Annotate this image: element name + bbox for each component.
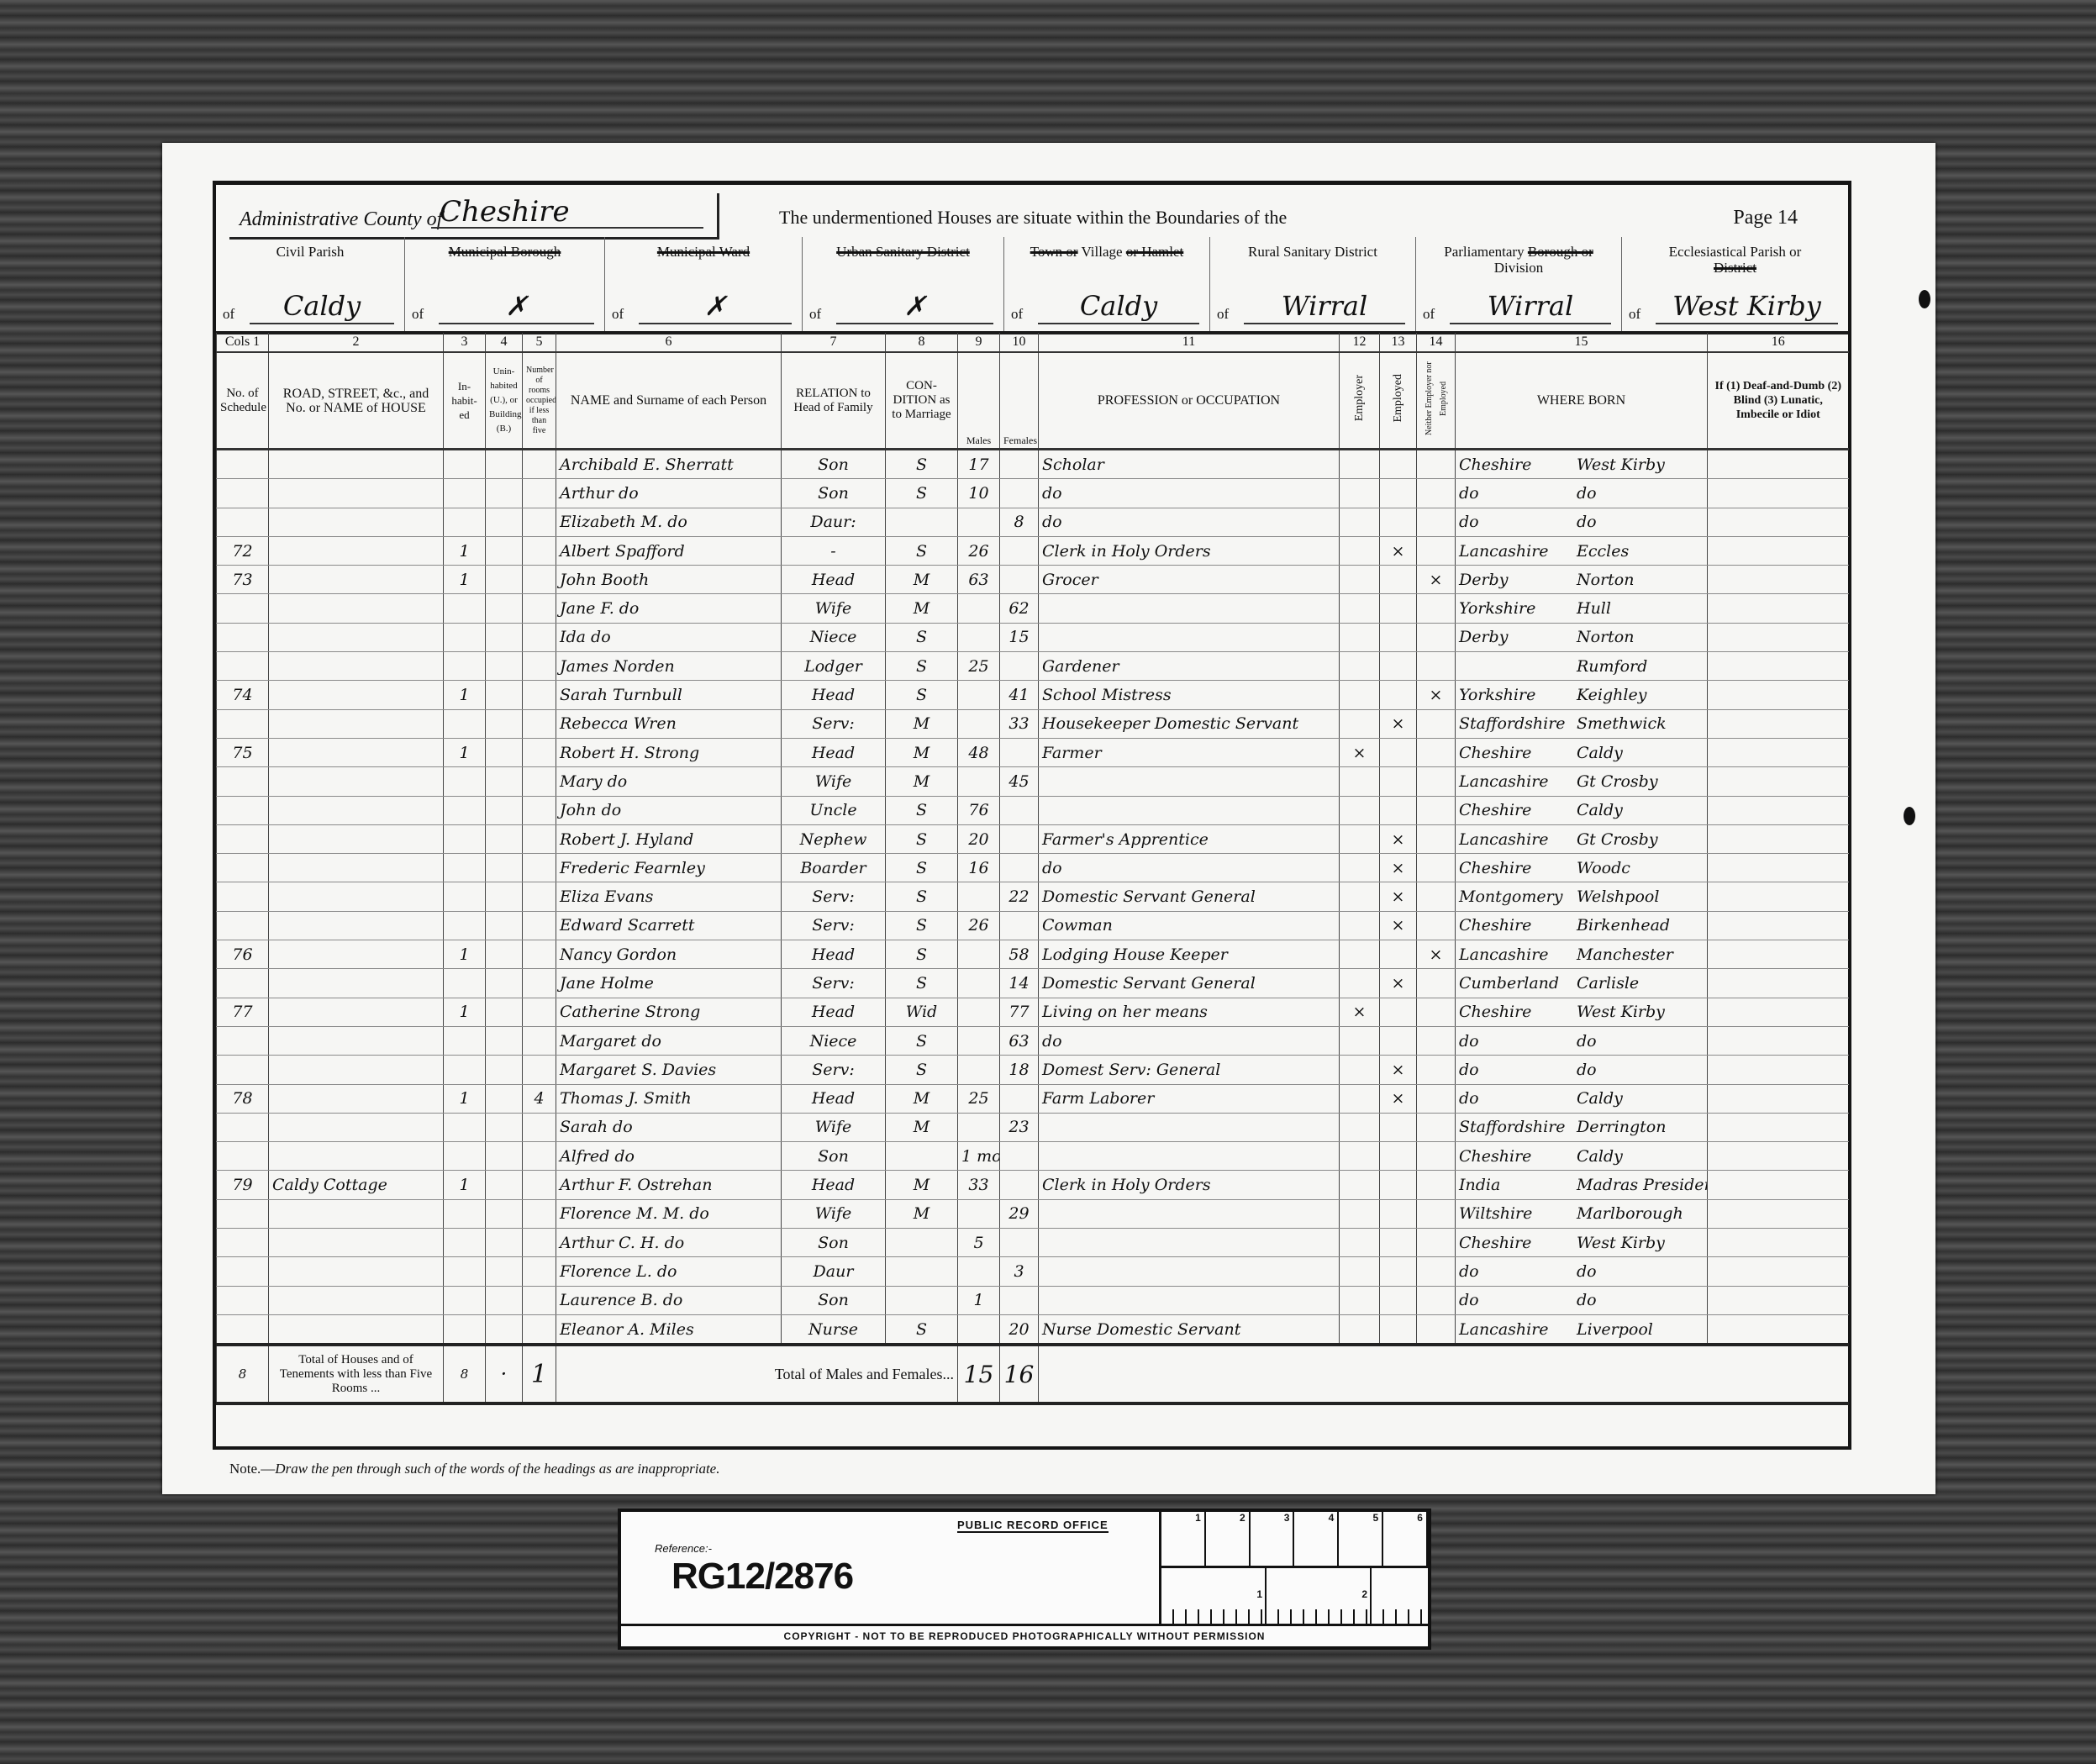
schedule-number (217, 911, 269, 940)
inhabited-count: 1 (444, 998, 486, 1026)
marital-condition: S (886, 536, 958, 565)
where-born: dodo (1456, 1257, 1708, 1286)
neither-mark (1417, 1314, 1456, 1345)
where-born: IndiaMadras Presidency (1456, 1171, 1708, 1199)
occupation: do (1039, 854, 1340, 882)
relation: Boarder (782, 854, 886, 882)
inhabited-count (444, 1142, 486, 1171)
schedule-number (217, 767, 269, 796)
marital-condition: S (886, 479, 958, 508)
inhabited-count (444, 709, 486, 738)
marital-condition: S (886, 1056, 958, 1084)
census-row: Margaret doNieceS63dododo (217, 1026, 1849, 1055)
where-born: CheshireWest Kirby (1456, 450, 1708, 479)
rooms-count (523, 1056, 556, 1084)
page-number: Page 14 (1733, 207, 1798, 229)
where-born: CheshireWest Kirby (1456, 1229, 1708, 1257)
rooms-count (523, 652, 556, 681)
male-age (958, 1257, 1000, 1286)
where-born: CheshireCaldy (1456, 1142, 1708, 1171)
marital-condition (886, 1229, 958, 1257)
rooms-count (523, 623, 556, 651)
person-name: Laurence B. do (556, 1286, 782, 1314)
marital-condition: S (886, 940, 958, 969)
birth-place: West Kirby (1577, 1003, 1665, 1021)
neither-mark (1417, 508, 1456, 536)
neither-mark (1417, 709, 1456, 738)
where-born: CheshireCaldy (1456, 796, 1708, 824)
header-name: NAME and Surname of each Person (556, 352, 782, 450)
neither-mark (1417, 652, 1456, 681)
occupation: Scholar (1039, 450, 1340, 479)
person-name: Robert J. Hyland (556, 824, 782, 853)
person-name: Margaret do (556, 1026, 782, 1055)
rooms-count (523, 594, 556, 623)
total-inhabited: 8 (444, 1345, 486, 1403)
neither-mark: × (1417, 566, 1456, 594)
neither-mark (1417, 1199, 1456, 1228)
inhabited-count (444, 854, 486, 882)
house-name (269, 1229, 444, 1257)
female-age: 33 (1000, 709, 1039, 738)
birth-county: do (1459, 513, 1577, 531)
female-age (1000, 738, 1039, 766)
rooms-count (523, 1286, 556, 1314)
rooms-count (523, 911, 556, 940)
uninhabited (486, 508, 523, 536)
infirmity (1708, 796, 1849, 824)
person-name: Mary do (556, 767, 782, 796)
female-age: 18 (1000, 1056, 1039, 1084)
relation: Serv: (782, 1056, 886, 1084)
female-age (1000, 566, 1039, 594)
person-name: James Norden (556, 652, 782, 681)
employed-mark: × (1380, 854, 1417, 882)
census-row: Archibald E. SherrattSonS17ScholarCheshi… (217, 450, 1849, 479)
where-born: CheshireBirkenhead (1456, 911, 1708, 940)
birth-place: Manchester (1577, 945, 1673, 964)
census-rows: Archibald E. SherrattSonS17ScholarCheshi… (217, 450, 1849, 1345)
schedule-number (217, 709, 269, 738)
relation: Serv: (782, 911, 886, 940)
schedule-number: 79 (217, 1171, 269, 1199)
female-age: 62 (1000, 594, 1039, 623)
birth-place: Norton (1577, 571, 1634, 589)
birth-place: Caldy (1577, 1089, 1623, 1108)
male-age (958, 940, 1000, 969)
neither-mark (1417, 882, 1456, 911)
administrative-county: Administrative County of Cheshire (229, 193, 719, 240)
person-name: Albert Spafford (556, 536, 782, 565)
header-neither: Neither Employer nor Employed (1422, 353, 1451, 444)
birth-place: Woodc (1577, 859, 1630, 877)
birth-county: Lancashire (1459, 542, 1577, 561)
house-name (269, 940, 444, 969)
house-name (269, 1142, 444, 1171)
relation: Head (782, 681, 886, 709)
rooms-count (523, 854, 556, 882)
house-name (269, 854, 444, 882)
employer-mark (1340, 911, 1380, 940)
inhabited-count (444, 1314, 486, 1345)
birth-place: Eccles (1577, 542, 1629, 561)
infirmity (1708, 738, 1849, 766)
male-age: 26 (958, 536, 1000, 565)
infirmity (1708, 767, 1849, 796)
female-age: 3 (1000, 1257, 1039, 1286)
person-name: Elizabeth M. do (556, 508, 782, 536)
inhabited-count: 1 (444, 536, 486, 565)
rooms-count (523, 940, 556, 969)
rooms-count: 4 (523, 1084, 556, 1113)
house-name (269, 1113, 444, 1141)
birth-place: West Kirby (1577, 455, 1665, 474)
female-age: 58 (1000, 940, 1039, 969)
birth-county: do (1459, 1291, 1577, 1309)
census-row: Rebecca WrenServ:M33Housekeeper Domestic… (217, 709, 1849, 738)
employed-mark (1380, 1171, 1417, 1199)
census-row: Eleanor A. MilesNurseS20Nurse Domestic S… (217, 1314, 1849, 1345)
relation: Head (782, 940, 886, 969)
infirmity (1708, 1199, 1849, 1228)
employer-mark (1340, 1286, 1380, 1314)
rooms-count (523, 767, 556, 796)
header-rooms: Number of rooms occupied if less than fi… (523, 352, 556, 450)
male-age: 76 (958, 796, 1000, 824)
birth-place: Norton (1577, 628, 1634, 646)
schedule-number: 76 (217, 940, 269, 969)
occupation: do (1039, 508, 1340, 536)
copyright-notice: COPYRIGHT - NOT TO BE REPRODUCED PHOTOGR… (621, 1624, 1428, 1646)
birth-county: do (1459, 1262, 1577, 1281)
occupation (1039, 796, 1340, 824)
infirmity (1708, 882, 1849, 911)
male-age: 17 (958, 450, 1000, 479)
census-row: Florence L. doDaur3dodo (217, 1257, 1849, 1286)
birth-place: West Kirby (1577, 1234, 1665, 1252)
female-age: 20 (1000, 1314, 1039, 1345)
male-age: 63 (958, 566, 1000, 594)
rooms-count (523, 566, 556, 594)
header-females: Females (1000, 352, 1039, 450)
where-born: CheshireWest Kirby (1456, 998, 1708, 1026)
person-name: Margaret S. Davies (556, 1056, 782, 1084)
birth-county: Yorkshire (1459, 599, 1577, 618)
neither-mark (1417, 1229, 1456, 1257)
census-row: Robert J. HylandNephewS20Farmer's Appren… (217, 824, 1849, 853)
person-name: Catherine Strong (556, 998, 782, 1026)
birth-county: Cheshire (1459, 455, 1577, 474)
where-born: CheshireWoodc (1456, 854, 1708, 882)
uninhabited (486, 479, 523, 508)
census-row: Eliza EvansServ:S22Domestic Servant Gene… (217, 882, 1849, 911)
inhabited-count (444, 1257, 486, 1286)
inhabited-count (444, 1286, 486, 1314)
occupation (1039, 1199, 1340, 1228)
marital-condition: S (886, 824, 958, 853)
census-row: Elizabeth M. doDaur:8dododo (217, 508, 1849, 536)
house-name (269, 709, 444, 738)
relation: Niece (782, 623, 886, 651)
rooms-count (523, 536, 556, 565)
uninhabited (486, 738, 523, 766)
house-name (269, 969, 444, 998)
totals-row: 8 Total of Houses and of Tenements with … (217, 1345, 1849, 1403)
rooms-count (523, 1171, 556, 1199)
rooms-count (523, 882, 556, 911)
cm-scale: 1 2 3 4 5 6 (1161, 1512, 1428, 1568)
inhabited-count (444, 1056, 486, 1084)
where-born: YorkshireKeighley (1456, 681, 1708, 709)
male-age: 5 (958, 1229, 1000, 1257)
rooms-count (523, 796, 556, 824)
house-name (269, 1257, 444, 1286)
person-name: Jane Holme (556, 969, 782, 998)
female-age (1000, 652, 1039, 681)
uninhabited (486, 566, 523, 594)
occupation: Clerk in Holy Orders (1039, 536, 1340, 565)
male-age (958, 969, 1000, 998)
relation: Head (782, 566, 886, 594)
occupation (1039, 1113, 1340, 1141)
inhabited-count (444, 911, 486, 940)
employed-mark (1380, 1229, 1417, 1257)
infirmity (1708, 824, 1849, 853)
where-born: MontgomeryWelshpool (1456, 882, 1708, 911)
schedule-number (217, 508, 269, 536)
person-name: Arthur C. H. do (556, 1229, 782, 1257)
inhabited-count: 1 (444, 1084, 486, 1113)
uninhabited (486, 536, 523, 565)
house-name (269, 450, 444, 479)
employer-mark (1340, 767, 1380, 796)
where-born: LancashireLiverpool (1456, 1314, 1708, 1345)
schedule-number: 75 (217, 738, 269, 766)
infirmity (1708, 969, 1849, 998)
marital-condition (886, 1142, 958, 1171)
relation: Wife (782, 1199, 886, 1228)
male-age: 16 (958, 854, 1000, 882)
occupation (1039, 767, 1340, 796)
house-name (269, 594, 444, 623)
schedule-number: 73 (217, 566, 269, 594)
where-born: CheshireCaldy (1456, 738, 1708, 766)
census-row: John doUncleS76CheshireCaldy (217, 796, 1849, 824)
division-urban-sanitary-district: Urban Sanitary District of ✗ (803, 237, 1004, 331)
census-row: Jane F. doWifeM62YorkshireHull (217, 594, 1849, 623)
where-born: dodo (1456, 1026, 1708, 1055)
house-name (269, 882, 444, 911)
male-age (958, 709, 1000, 738)
birth-county: Staffordshire (1459, 714, 1577, 733)
birth-place: Caldy (1577, 744, 1623, 762)
relation: Son (782, 479, 886, 508)
schedule-number (217, 1257, 269, 1286)
uninhabited (486, 1056, 523, 1084)
inhabited-count (444, 594, 486, 623)
header-inhabited: In-habit-ed (444, 352, 486, 450)
inch-scale: 1 2 (1161, 1568, 1428, 1626)
marital-condition: M (886, 1199, 958, 1228)
schedule-number (217, 1229, 269, 1257)
house-name (269, 566, 444, 594)
employer-mark (1340, 681, 1380, 709)
infirmity (1708, 652, 1849, 681)
birth-county: do (1459, 1061, 1577, 1079)
employed-mark (1380, 652, 1417, 681)
census-row: Mary doWifeM45LancashireGt Crosby (217, 767, 1849, 796)
total-females: 16 (1000, 1345, 1039, 1403)
infirmity (1708, 1314, 1849, 1345)
schedule-number (217, 450, 269, 479)
where-born: LancashireGt Crosby (1456, 767, 1708, 796)
employer-mark (1340, 623, 1380, 651)
occupation: Housekeeper Domestic Servant (1039, 709, 1340, 738)
uninhabited (486, 1314, 523, 1345)
neither-mark (1417, 824, 1456, 853)
inhabited-count (444, 882, 486, 911)
infirmity (1708, 940, 1849, 969)
employed-mark (1380, 1199, 1417, 1228)
uninhabited (486, 1257, 523, 1286)
house-name (269, 681, 444, 709)
public-record-office-label: PUBLIC RECORD OFFICE (957, 1519, 1109, 1533)
form-note: Note.—Draw the pen through such of the w… (229, 1461, 719, 1477)
birth-county: Wiltshire (1459, 1204, 1577, 1223)
female-age: 41 (1000, 681, 1039, 709)
neither-mark (1417, 594, 1456, 623)
occupation: do (1039, 1026, 1340, 1055)
rooms-count (523, 450, 556, 479)
birth-place: Gt Crosby (1577, 830, 1658, 849)
employed-mark (1380, 508, 1417, 536)
boundary-divisions: Civil Parish of Caldy Municipal Borough … (216, 237, 1848, 334)
house-name (269, 767, 444, 796)
occupation (1039, 1257, 1340, 1286)
uninhabited (486, 1171, 523, 1199)
birth-county: Yorkshire (1459, 686, 1577, 704)
employer-mark: × (1340, 738, 1380, 766)
birth-county: Cheshire (1459, 1003, 1577, 1021)
occupation: Gardener (1039, 652, 1340, 681)
census-row: 741Sarah TurnbullHeadS41School Mistress×… (217, 681, 1849, 709)
male-age: 25 (958, 1084, 1000, 1113)
division-rural-sanitary-district: Rural Sanitary District of Wirral (1210, 237, 1416, 331)
where-born: LancashireGt Crosby (1456, 824, 1708, 853)
neither-mark: × (1417, 940, 1456, 969)
occupation (1039, 594, 1340, 623)
house-name (269, 479, 444, 508)
census-row: Sarah doWifeM23StaffordshireDerrington (217, 1113, 1849, 1141)
birth-county: Cheshire (1459, 1147, 1577, 1166)
house-name (269, 1314, 444, 1345)
person-name: Arthur F. Ostrehan (556, 1171, 782, 1199)
inhabited-count (444, 479, 486, 508)
uninhabited (486, 940, 523, 969)
person-name: Edward Scarrett (556, 911, 782, 940)
inhabited-count (444, 652, 486, 681)
female-age: 14 (1000, 969, 1039, 998)
occupation: Grocer (1039, 566, 1340, 594)
uninhabited (486, 623, 523, 651)
house-name (269, 1286, 444, 1314)
relation: Wife (782, 1113, 886, 1141)
census-row: Edward ScarrettServ:S26Cowman×CheshireBi… (217, 911, 1849, 940)
marital-condition: S (886, 1026, 958, 1055)
punch-hole (1904, 807, 1915, 825)
employed-mark (1380, 681, 1417, 709)
occupation: do (1039, 479, 1340, 508)
employer-mark (1340, 450, 1380, 479)
inhabited-count (444, 1113, 486, 1141)
employer-mark: × (1340, 998, 1380, 1026)
birth-place: Madras Presidency (1577, 1176, 1708, 1194)
infirmity (1708, 709, 1849, 738)
header-occupation: PROFESSION or OCCUPATION (1039, 352, 1340, 450)
birth-place: Caldy (1577, 1147, 1623, 1166)
schedule-number: 77 (217, 998, 269, 1026)
schedule-number (217, 796, 269, 824)
male-age: 10 (958, 479, 1000, 508)
employer-mark (1340, 1113, 1380, 1141)
where-born: DerbyNorton (1456, 566, 1708, 594)
schedule-number (217, 623, 269, 651)
relation: Head (782, 1084, 886, 1113)
male-age (958, 623, 1000, 651)
house-name (269, 623, 444, 651)
employed-mark: × (1380, 709, 1417, 738)
house-name (269, 508, 444, 536)
person-name: Archibald E. Sherratt (556, 450, 782, 479)
employer-mark (1340, 709, 1380, 738)
person-name: Rebecca Wren (556, 709, 782, 738)
relation: Nephew (782, 824, 886, 853)
header-where-born: WHERE BORN (1456, 352, 1708, 450)
employer-mark (1340, 536, 1380, 565)
rooms-count (523, 1142, 556, 1171)
division-civil-parish: Civil Parish of Caldy (216, 237, 405, 331)
uninhabited (486, 709, 523, 738)
rooms-count (523, 1026, 556, 1055)
employer-mark (1340, 594, 1380, 623)
birth-county: Lancashire (1459, 772, 1577, 791)
infirmity (1708, 450, 1849, 479)
male-age (958, 1314, 1000, 1345)
occupation: Living on her means (1039, 998, 1340, 1026)
marital-condition: Wid (886, 998, 958, 1026)
census-row: Frederic FearnleyBoarderS16do×CheshireWo… (217, 854, 1849, 882)
marital-condition: M (886, 1084, 958, 1113)
infirmity (1708, 1056, 1849, 1084)
house-name (269, 911, 444, 940)
marital-condition: S (886, 911, 958, 940)
relation: Daur (782, 1257, 886, 1286)
uninhabited (486, 767, 523, 796)
marital-condition: S (886, 796, 958, 824)
neither-mark: × (1417, 681, 1456, 709)
birth-place: Carlisle (1577, 974, 1639, 993)
infirmity (1708, 854, 1849, 882)
where-born: LancashireManchester (1456, 940, 1708, 969)
uninhabited (486, 911, 523, 940)
relation: Son (782, 450, 886, 479)
person-name: Florence L. do (556, 1257, 782, 1286)
marital-condition: M (886, 594, 958, 623)
person-name: Frederic Fearnley (556, 854, 782, 882)
where-born: WiltshireMarlborough (1456, 1199, 1708, 1228)
inhabited-count (444, 508, 486, 536)
schedule-number (217, 854, 269, 882)
